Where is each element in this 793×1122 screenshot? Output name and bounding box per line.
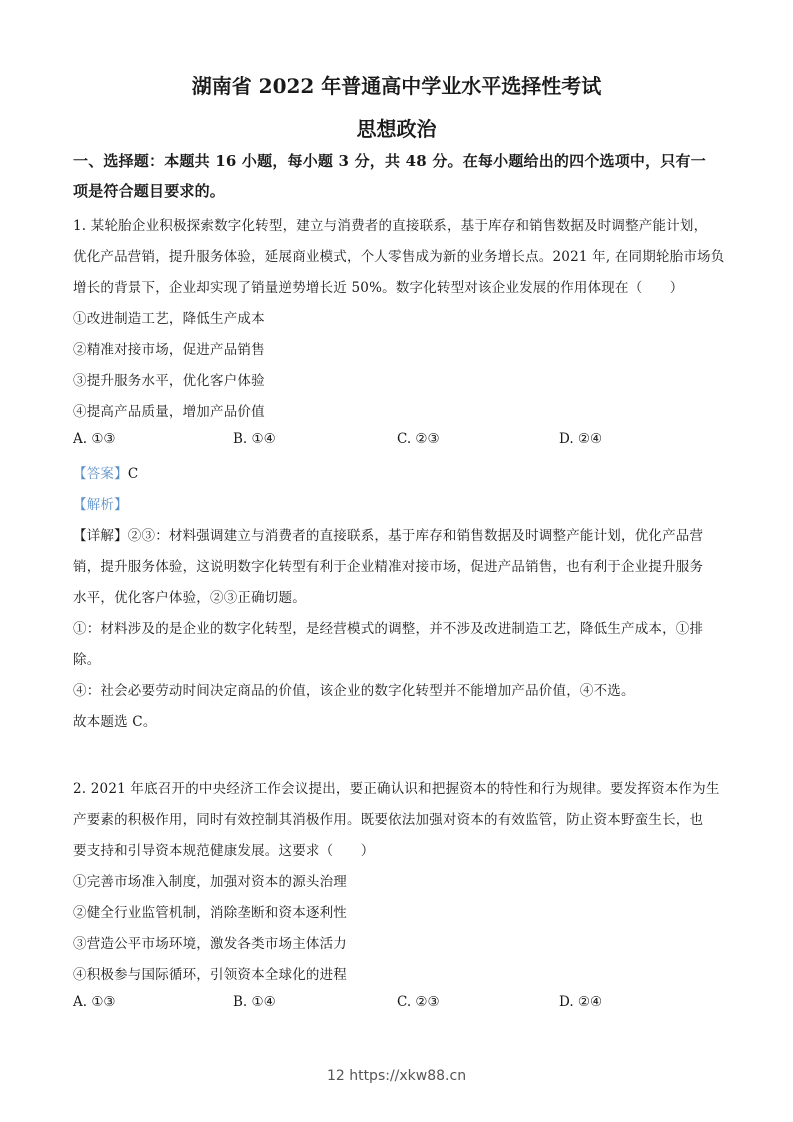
- exam-subject: 思想政治: [0, 113, 793, 142]
- q2-option-b: B. ①④: [233, 994, 276, 1010]
- q1-stem-line: 增长的背景下，企业却实现了销量逆势增长近 50%。数字化转型对该企业发展的作用体…: [73, 276, 733, 296]
- section-heading-line-2: 项是符合题目要求的。: [73, 180, 733, 201]
- exam-page: 湖南省 2022 年普通高中学业水平选择性考试 思想政治 一、选择题：本题共 1…: [0, 0, 793, 1122]
- q1-detail-line: ①：材料涉及的是企业的数字化转型，是经营模式的调整，并不涉及改进制造工艺，降低生…: [73, 617, 733, 637]
- q1-item-1: ①改进制造工艺，降低生产成本: [73, 307, 733, 327]
- q2-stem-line: 要支持和引导资本规范健康发展。这要求（ ）: [73, 839, 733, 859]
- q1-answer: 【答案】C: [73, 462, 733, 482]
- q1-stem-line: 优化产品营销，提升服务体验，延展商业模式，个人零售成为新的业务增长点。2021 …: [73, 245, 733, 265]
- q2-stem-line: 产要素的积极作用，同时有效控制其消极作用。既要依法加强对资本的有效监管，防止资本…: [73, 808, 733, 828]
- q1-option-d: D. ②④: [559, 431, 602, 447]
- q2-option-d: D. ②④: [559, 994, 602, 1010]
- q1-item-3: ③提升服务水平，优化客户体验: [73, 369, 733, 389]
- q1-detail-line: 销，提升服务体验，这说明数字化转型有利于企业精准对接市场，促进产品销售，也有利于…: [73, 555, 733, 575]
- q2-option-c: C. ②③: [397, 994, 440, 1010]
- answer-label: 【答案】: [73, 466, 128, 482]
- analysis-label: 【解析】: [73, 493, 733, 513]
- q1-option-b: B. ①④: [233, 431, 276, 447]
- page-footer: 12 https://xkw88.cn: [0, 1068, 793, 1084]
- q1-option-a: A. ①③: [73, 431, 116, 447]
- q1-item-2: ②精准对接市场，促进产品销售: [73, 338, 733, 358]
- q2-item-3: ③营造公平市场环境，激发各类市场主体活力: [73, 932, 733, 952]
- q2-option-a: A. ①③: [73, 994, 116, 1010]
- section-heading-line-1: 一、选择题：本题共 16 小题，每小题 3 分，共 48 分。在每小题给出的四个…: [73, 150, 733, 171]
- q1-conclusion: 故本题选 C。: [73, 710, 733, 730]
- q2-item-4: ④积极参与国际循环，引领资本全球化的进程: [73, 963, 733, 983]
- q1-option-c: C. ②③: [397, 431, 440, 447]
- answer-value: C: [128, 466, 139, 482]
- q1-stem-line: 1. 某轮胎企业积极探索数字化转型，建立与消费者的直接联系，基于库存和销售数据及…: [73, 214, 733, 234]
- exam-title: 湖南省 2022 年普通高中学业水平选择性考试: [0, 70, 793, 99]
- q1-detail-line: 水平，优化客户体验，②③正确切题。: [73, 586, 733, 606]
- q2-stem-line: 2. 2021 年底召开的中央经济工作会议提出，要正确认识和把握资本的特性和行为…: [73, 777, 733, 797]
- q1-detail-line: 【详解】②③：材料强调建立与消费者的直接联系，基于库存和销售数据及时调整产能计划…: [73, 524, 733, 544]
- q1-detail-line: 除。: [73, 648, 733, 668]
- q2-item-2: ②健全行业监管机制，消除垄断和资本逐利性: [73, 901, 733, 921]
- q1-detail-line: ④：社会必要劳动时间决定商品的价值，该企业的数字化转型并不能增加产品价值，④不选…: [73, 679, 733, 699]
- q2-item-1: ①完善市场准入制度，加强对资本的源头治理: [73, 870, 733, 890]
- q1-item-4: ④提高产品质量，增加产品价值: [73, 400, 733, 420]
